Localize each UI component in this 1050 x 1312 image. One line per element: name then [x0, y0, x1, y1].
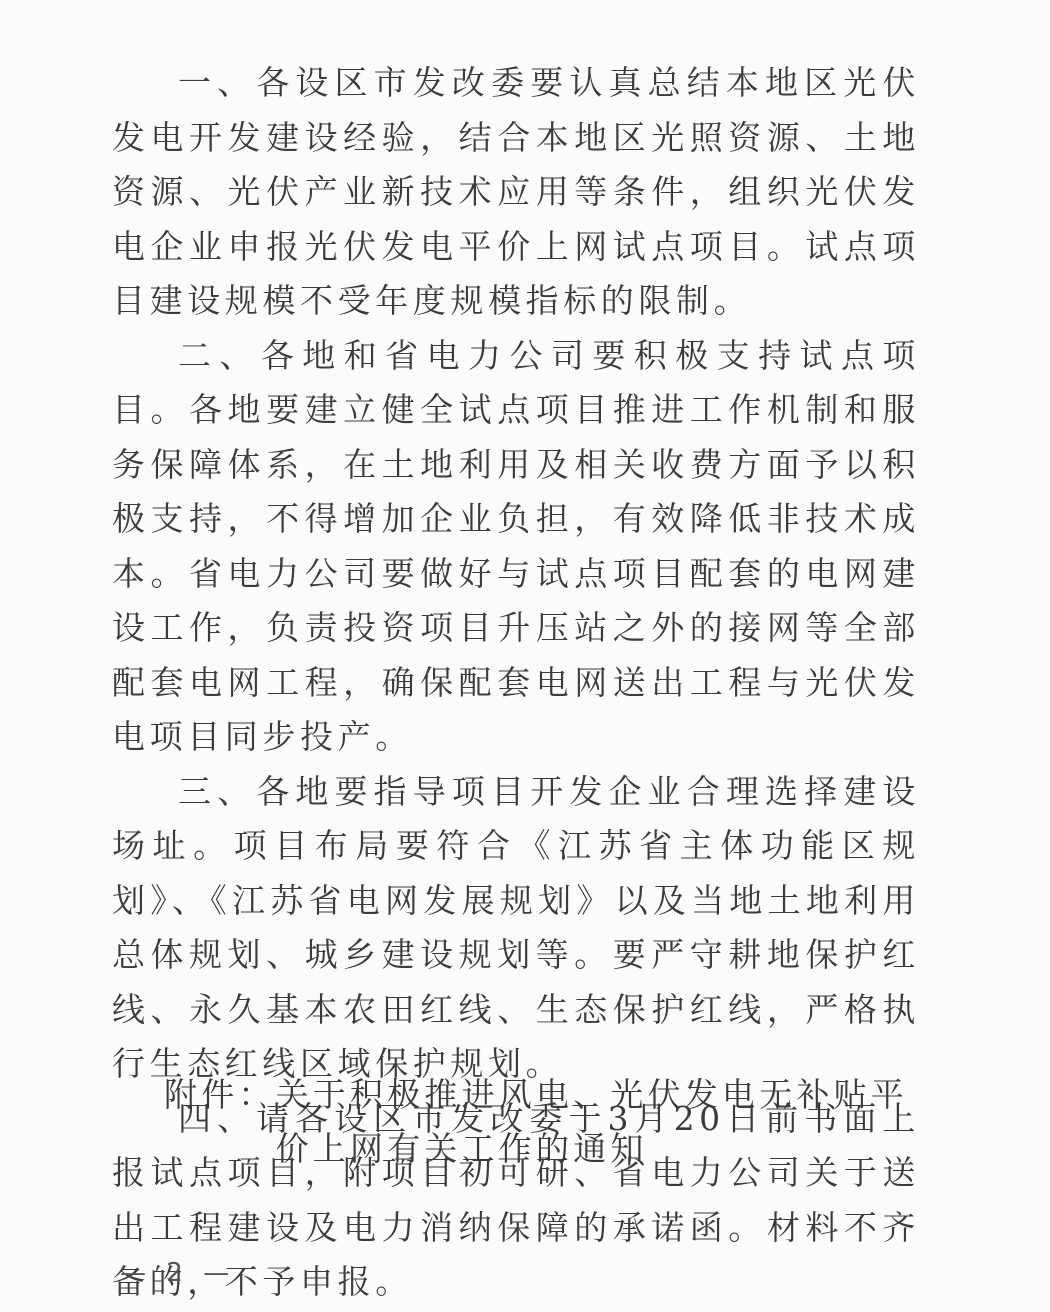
document-page: 一、各设区市发改委要认真总结本地区光伏发电开发建设经验，结合本地区光照资源、土地…: [0, 0, 1050, 1312]
paragraph-1: 一、各设区市发改委要认真总结本地区光伏发电开发建设经验，结合本地区光照资源、土地…: [112, 56, 920, 329]
page-number: — 2 —: [120, 1258, 235, 1288]
attachment-title: 关于积极推进风电、光伏发电无补贴平价上网有关工作的通知: [276, 1068, 924, 1176]
attachment-label: 附件：: [164, 1068, 276, 1176]
paragraph-3: 三、各地要指导项目开发企业合理选择建设场址。项目布局要符合《江苏省主体功能区规划…: [112, 765, 920, 1092]
paragraph-2: 二、各地和省电力公司要积极支持试点项目。各地要建立健全试点项目推进工作机制和服务…: [112, 329, 920, 765]
attachment-note: 附件： 关于积极推进风电、光伏发电无补贴平价上网有关工作的通知: [164, 1068, 924, 1176]
